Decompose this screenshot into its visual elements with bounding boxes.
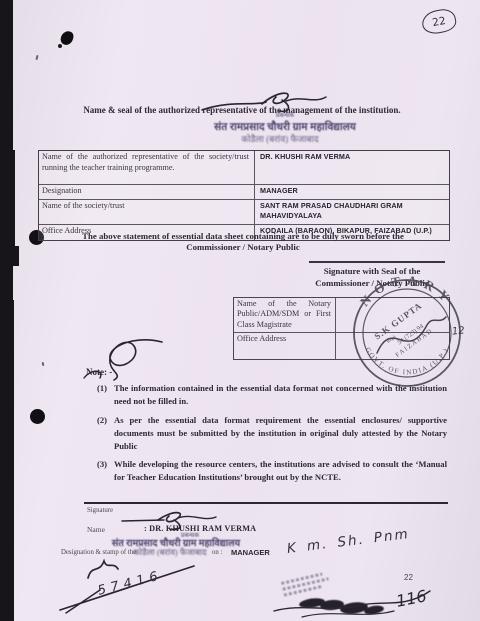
- designation-value: MANAGER: [231, 548, 270, 557]
- row-label: Name of the society/trust: [39, 200, 255, 224]
- sworn-line-1: The above statement of essential data sh…: [40, 231, 446, 242]
- stamp-notary-name: S.K GUPTA: [372, 300, 423, 341]
- row-label: Name of the authorized representative of…: [39, 151, 255, 184]
- stamp-arc-top: NOTARY: [357, 272, 457, 309]
- notary-round-stamp: NOTARY GOVT. OF INDIA (U.P.) S.K GUPTA R…: [349, 277, 465, 391]
- name-value: : DR. KHUSHI RAM VERMA: [144, 524, 256, 533]
- notes-list: (1) The information contained in the ess…: [97, 382, 447, 490]
- note-label: Note: -: [86, 367, 112, 377]
- page-title: Name & seal of the authorized representa…: [30, 105, 454, 116]
- note-item: (1) The information contained in the ess…: [97, 382, 447, 408]
- essential-data-table: Name of the authorized representative of…: [38, 150, 450, 241]
- handwritten-mark-stamp-side: 12: [451, 325, 465, 337]
- signature-label: Signature: [87, 507, 113, 514]
- scan-edge-bump: [0, 300, 14, 621]
- row-value: MANAGER: [255, 185, 449, 199]
- footer-rule: [84, 502, 448, 504]
- sworn-statement: The above statement of essential data sh…: [40, 231, 446, 254]
- note-item-text: As per the essential data format require…: [114, 415, 447, 451]
- note-item-text: The information contained in the essenti…: [114, 383, 447, 406]
- svg-text:NOTARY: NOTARY: [357, 272, 457, 309]
- row-value: DR. KHUSHI RAM VERMA: [255, 151, 449, 184]
- designation-label-end: on :: [212, 549, 222, 556]
- note-item-number: (1): [97, 382, 107, 395]
- scan-edge-bump: [0, 150, 15, 260]
- handwritten-note-right: K m. Sh. Pnm: [286, 526, 410, 557]
- note-item-number: (3): [97, 458, 107, 471]
- note-item: (3) While developing the resource center…: [97, 458, 447, 484]
- ink-blot: [58, 44, 62, 48]
- row-label: Name of the Notary Public/ADM/SDM or Fir…: [234, 298, 336, 332]
- row-label: Designation: [39, 185, 255, 199]
- speck: [35, 55, 38, 60]
- scan-edge-bump: [0, 246, 19, 266]
- sworn-line-2: Commissioner / Notary Public: [40, 242, 446, 253]
- table-row: Name of the authorized representative of…: [39, 151, 449, 185]
- row-value: SANT RAM PRASAD CHAUDHARI GRAM MAHAVIDYA…: [255, 200, 449, 224]
- handwritten-page-number-circle: 22: [420, 7, 457, 36]
- speck: [42, 362, 45, 366]
- name-label: Name: [87, 525, 105, 534]
- row-label: Office Address: [234, 333, 336, 359]
- stamp-address: कोडैला (बरांव) फैजाबाद: [241, 132, 318, 145]
- note-item: (2) As per the essential data format req…: [97, 414, 447, 453]
- stamp-designation-text: प्रबन्धक: [276, 110, 294, 119]
- note-item-text: While developing the resource centers, t…: [114, 459, 447, 482]
- table-row: Name of the society/trust SANT RAM PRASA…: [39, 200, 449, 225]
- punch-hole: [30, 409, 45, 424]
- scanned-document-page: 22 Name & seal of the authorized represe…: [0, 0, 480, 621]
- handwritten-page-number: 22: [431, 14, 446, 28]
- designation-label: Designation & stamp of the: [61, 549, 136, 556]
- note-item-number: (2): [97, 414, 107, 427]
- footer-page-number: 22: [404, 573, 413, 582]
- table-row: Designation MANAGER: [39, 185, 449, 200]
- signature-line: [309, 261, 445, 263]
